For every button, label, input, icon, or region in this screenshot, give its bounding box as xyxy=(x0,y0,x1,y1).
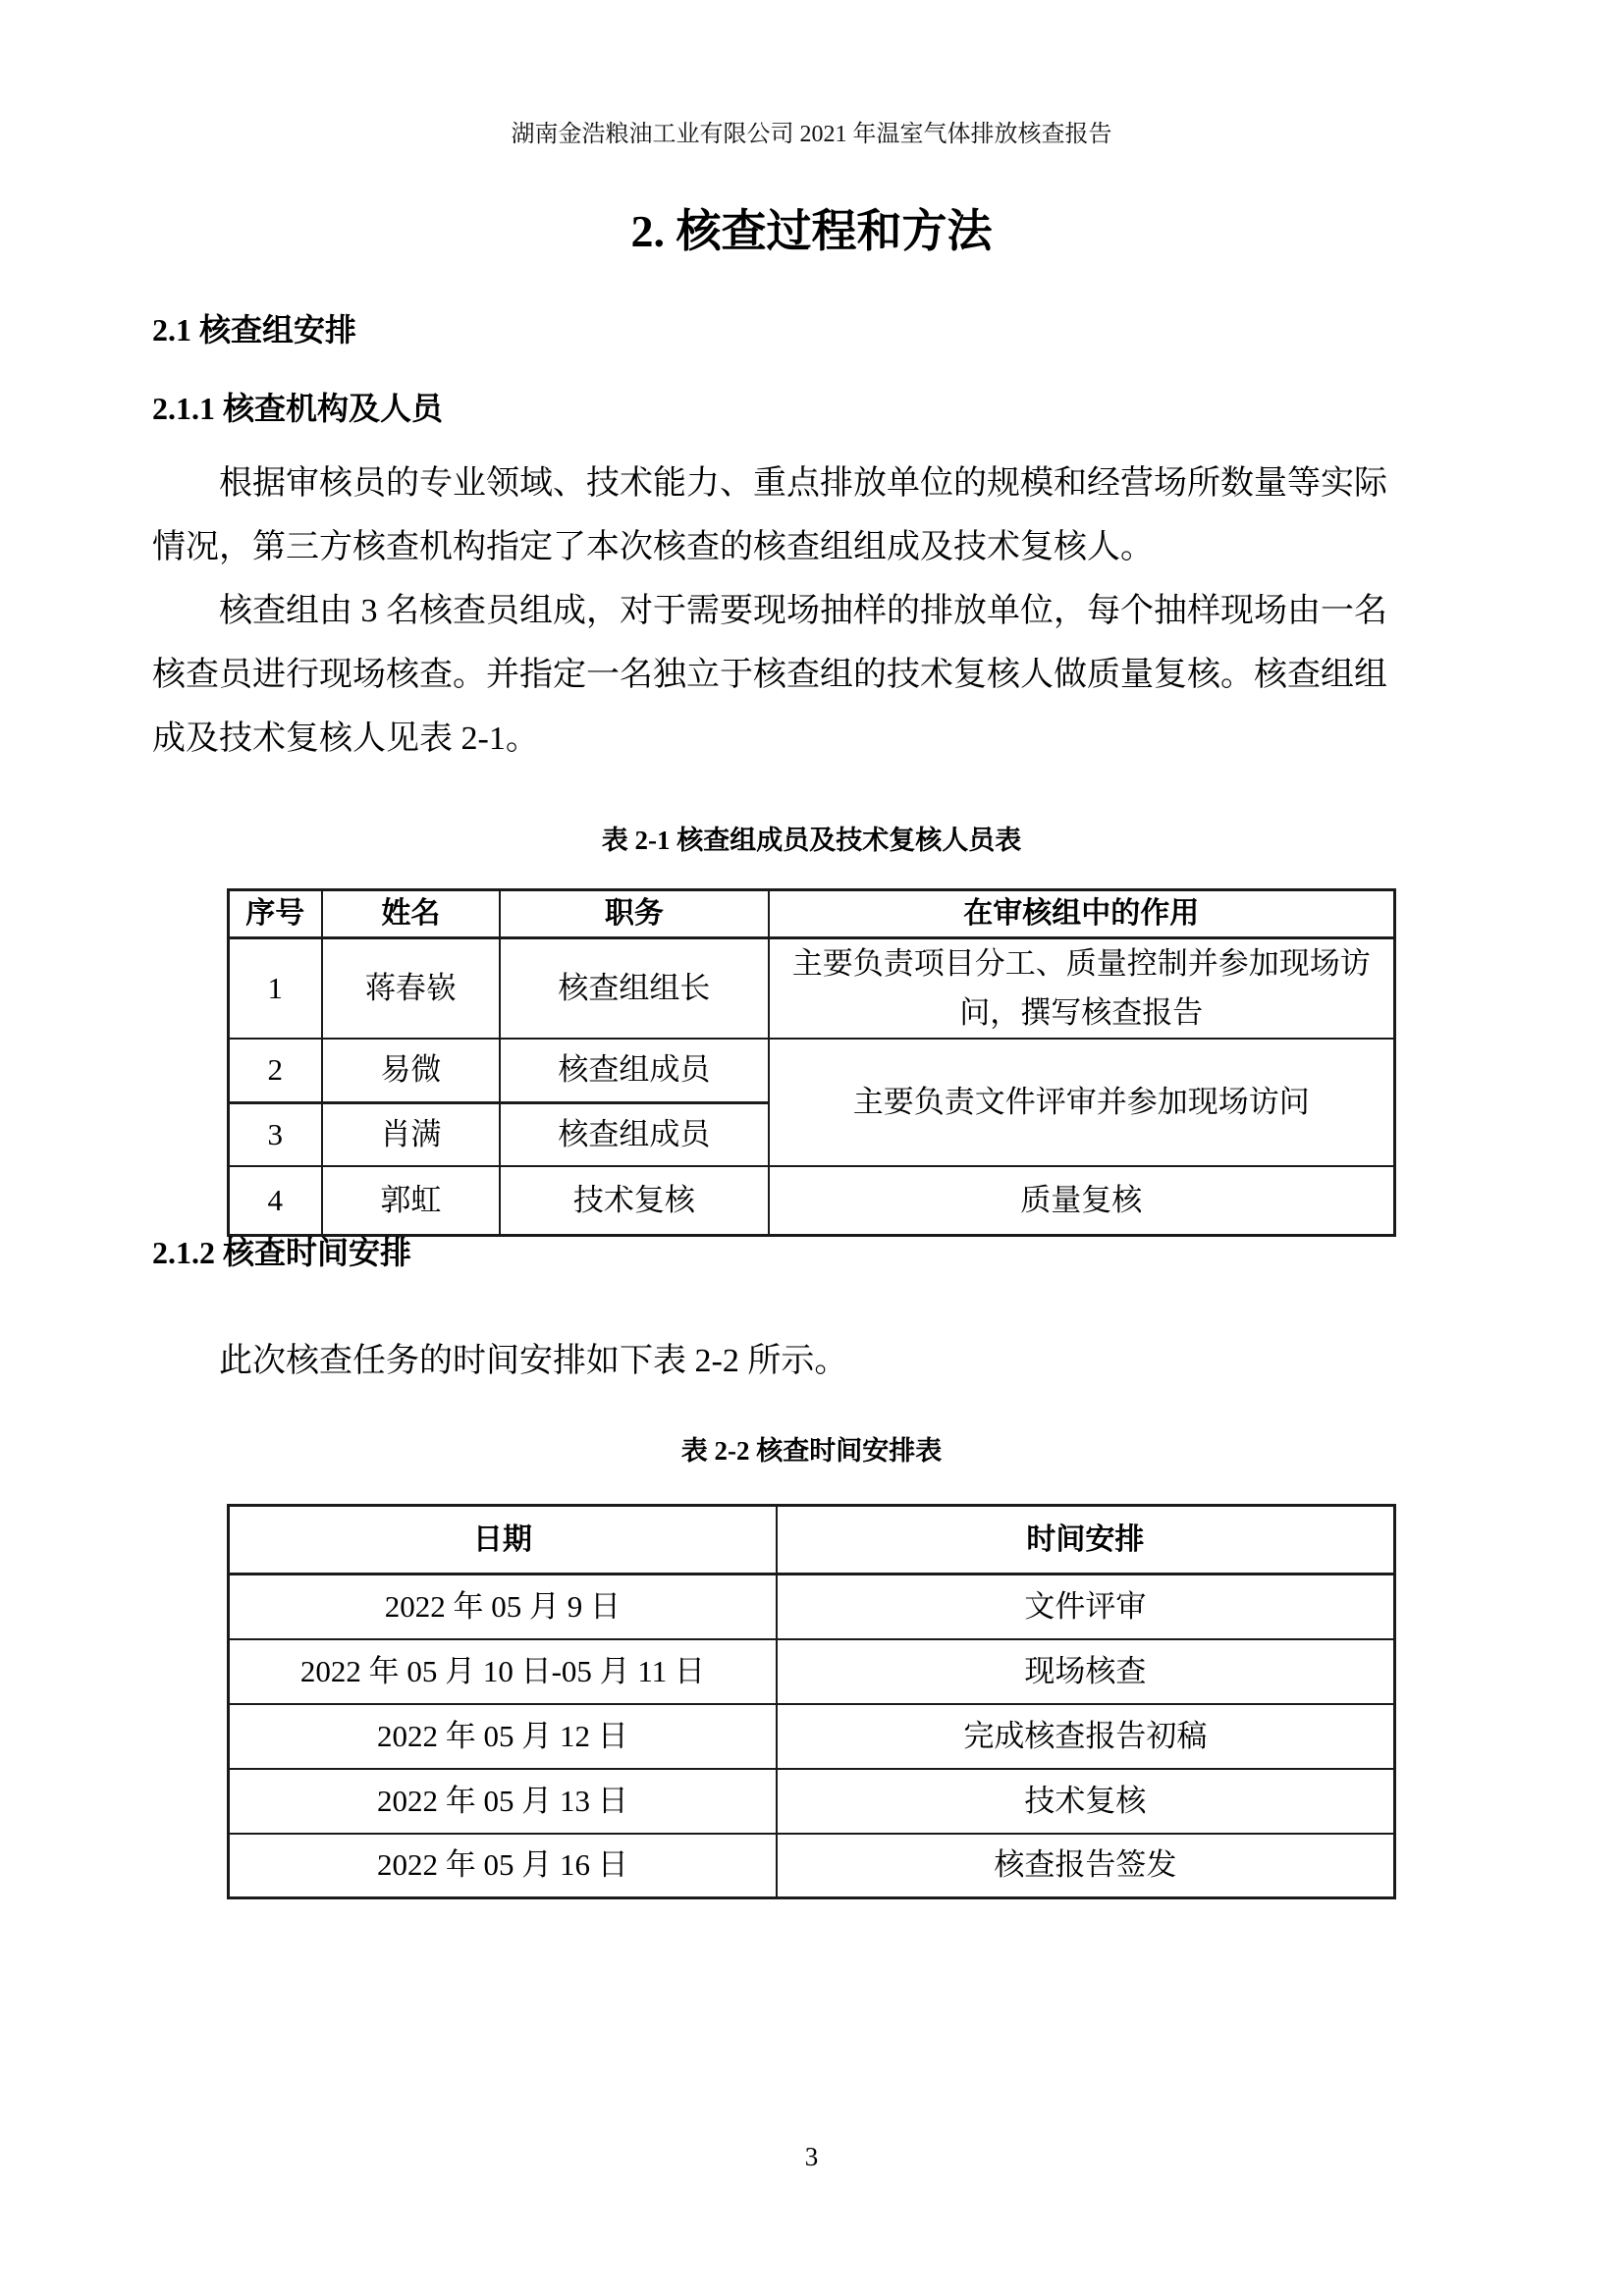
col-header-duty: 在审核组中的作用 xyxy=(769,890,1395,938)
cell-date: 2022 年 05 月 10 日-05 月 11 日 xyxy=(229,1639,777,1704)
chapter-title: 2. 核查过程和方法 xyxy=(0,204,1623,259)
col-header-role: 职务 xyxy=(500,890,768,938)
running-header: 湖南金浩粮油工业有限公司 2021 年温室气体排放核查报告 xyxy=(0,120,1623,149)
cell-activity: 技术复核 xyxy=(777,1769,1395,1834)
cell-role: 核查组成员 xyxy=(500,1102,768,1166)
schedule-table: 日期 时间安排 2022 年 05 月 9 日 文件评审 2022 年 05 月… xyxy=(227,1504,1396,1899)
cell-index: 1 xyxy=(229,938,322,1040)
table-row: 2022 年 05 月 16 日 核查报告签发 xyxy=(229,1834,1395,1898)
body-text: 根据审核员的专业领域、技术能力、重点排放单位的规模和经营场所数量等实际情况，第三… xyxy=(152,452,1387,771)
cell-role: 核查组组长 xyxy=(500,938,768,1040)
col-header-name: 姓名 xyxy=(322,890,501,938)
cell-date: 2022 年 05 月 13 日 xyxy=(229,1769,777,1834)
table-row: 4 郭虹 技术复核 质量复核 xyxy=(229,1166,1395,1235)
cell-date: 2022 年 05 月 16 日 xyxy=(229,1834,777,1898)
cell-activity: 现场核查 xyxy=(777,1639,1395,1704)
col-header-index: 序号 xyxy=(229,890,322,938)
table-row: 1 蒋春嵚 核查组组长 主要负责项目分工、质量控制并参加现场访问，撰写核查报告 xyxy=(229,938,1395,1040)
cell-date: 2022 年 05 月 12 日 xyxy=(229,1704,777,1769)
cell-date: 2022 年 05 月 9 日 xyxy=(229,1575,777,1639)
paragraph-1: 根据审核员的专业领域、技术能力、重点排放单位的规模和经营场所数量等实际情况，第三… xyxy=(152,452,1387,579)
cell-index: 3 xyxy=(229,1102,322,1166)
table-row: 2022 年 05 月 13 日 技术复核 xyxy=(229,1769,1395,1834)
cell-activity: 完成核查报告初稿 xyxy=(777,1704,1395,1769)
table-header-row: 日期 时间安排 xyxy=(229,1506,1395,1575)
cell-activity: 文件评审 xyxy=(777,1575,1395,1639)
cell-name: 肖满 xyxy=(322,1102,501,1166)
col-header-date: 日期 xyxy=(229,1506,777,1575)
table-header-row: 序号 姓名 职务 在审核组中的作用 xyxy=(229,890,1395,938)
table-row: 2022 年 05 月 12 日 完成核查报告初稿 xyxy=(229,1704,1395,1769)
cell-name: 易微 xyxy=(322,1039,501,1102)
paragraph-2: 核查组由 3 名核查员组成，对于需要现场抽样的排放单位，每个抽样现场由一名核查员… xyxy=(152,579,1387,771)
section-heading-2-1-2: 2.1.2 核查时间安排 xyxy=(152,1233,411,1272)
cell-role: 核查组成员 xyxy=(500,1039,768,1102)
section-heading-2-1-1: 2.1.1 核查机构及人员 xyxy=(152,389,443,428)
table-2-1-caption: 表 2-1 核查组成员及技术复核人员表 xyxy=(0,825,1623,856)
col-header-activity: 时间安排 xyxy=(777,1506,1395,1575)
report-page: 湖南金浩粮油工业有限公司 2021 年温室气体排放核查报告 2. 核查过程和方法… xyxy=(0,0,1623,2296)
paragraph-3: 此次核查任务的时间安排如下表 2-2 所示。 xyxy=(152,1329,1387,1393)
table-row: 2022 年 05 月 9 日 文件评审 xyxy=(229,1575,1395,1639)
cell-duty: 主要负责项目分工、质量控制并参加现场访问，撰写核查报告 xyxy=(769,938,1395,1040)
cell-role: 技术复核 xyxy=(500,1166,768,1235)
cell-name: 蒋春嵚 xyxy=(322,938,501,1040)
table-row: 2 易微 核查组成员 主要负责文件评审并参加现场访问 xyxy=(229,1039,1395,1102)
cell-name: 郭虹 xyxy=(322,1166,501,1235)
cell-index: 2 xyxy=(229,1039,322,1102)
table-2-2-caption: 表 2-2 核查时间安排表 xyxy=(0,1435,1623,1467)
cell-activity: 核查报告签发 xyxy=(777,1834,1395,1898)
verification-team-table: 序号 姓名 职务 在审核组中的作用 1 蒋春嵚 核查组组长 主要负责项目分工、质… xyxy=(227,888,1396,1237)
cell-index: 4 xyxy=(229,1166,322,1235)
section-heading-2-1: 2.1 核查组安排 xyxy=(152,310,356,349)
table-row: 2022 年 05 月 10 日-05 月 11 日 现场核查 xyxy=(229,1639,1395,1704)
page-number: 3 xyxy=(0,2142,1623,2172)
cell-duty: 质量复核 xyxy=(769,1166,1395,1235)
cell-duty-merged: 主要负责文件评审并参加现场访问 xyxy=(769,1039,1395,1166)
